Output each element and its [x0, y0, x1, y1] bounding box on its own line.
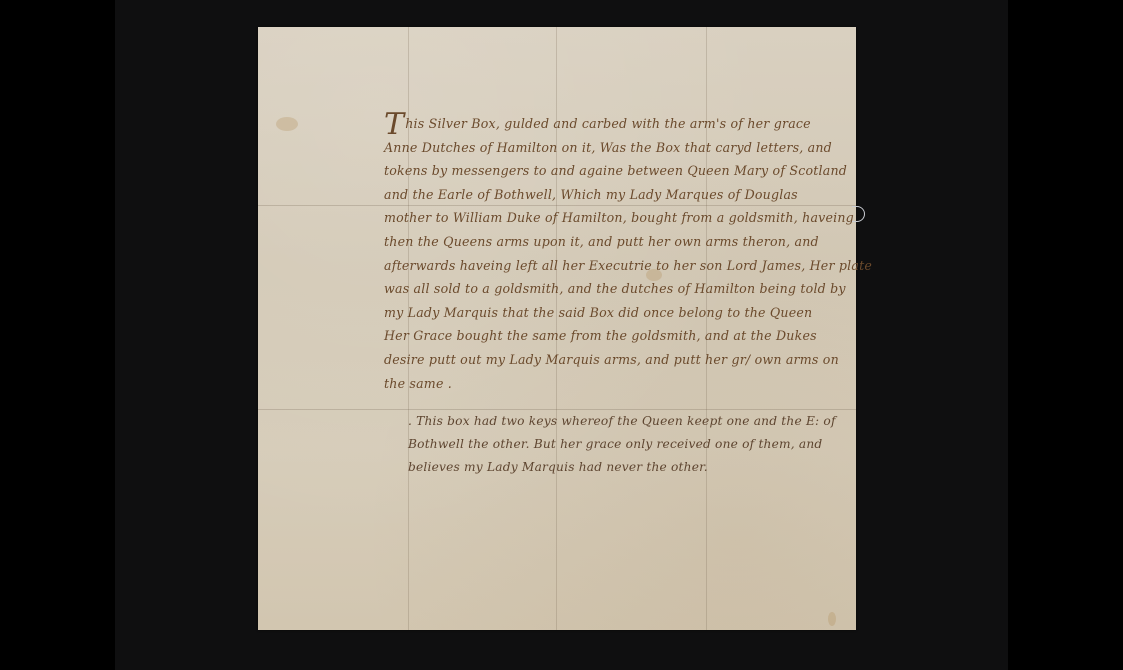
manuscript-note: . This box had two keys whereof the Quee… [408, 410, 858, 479]
text-line: desire putt out my Lady Marquis arms, an… [384, 348, 854, 372]
manuscript-main-text: This Silver Box, gulded and carbed with … [384, 112, 854, 395]
note-line: Bothwell the other. But her grace only r… [408, 433, 858, 456]
note-line: . This box had two keys whereof the Quee… [408, 410, 858, 433]
text-line: This Silver Box, gulded and carbed with … [384, 112, 854, 136]
text-line-content: his Silver Box, gulded and carbed with t… [405, 116, 811, 131]
text-line: and the Earle of Bothwell, Which my Lady… [384, 183, 854, 207]
paper-stain [828, 612, 836, 626]
text-line: mother to William Duke of Hamilton, boug… [384, 206, 854, 230]
text-line: the same . [384, 372, 854, 396]
text-line: tokens by messengers to and againe betwe… [384, 159, 854, 183]
text-line: afterwards haveing left all her Executri… [384, 254, 854, 278]
text-line: my Lady Marquis that the said Box did on… [384, 301, 854, 325]
paper-stain [276, 117, 298, 131]
note-line: believes my Lady Marquis had never the o… [408, 456, 858, 479]
text-line: Anne Dutches of Hamilton on it, Was the … [384, 136, 854, 160]
text-line: then the Queens arms upon it, and putt h… [384, 230, 854, 254]
text-line: was all sold to a goldsmith, and the dut… [384, 277, 854, 301]
text-line: Her Grace bought the same from the golds… [384, 324, 854, 348]
